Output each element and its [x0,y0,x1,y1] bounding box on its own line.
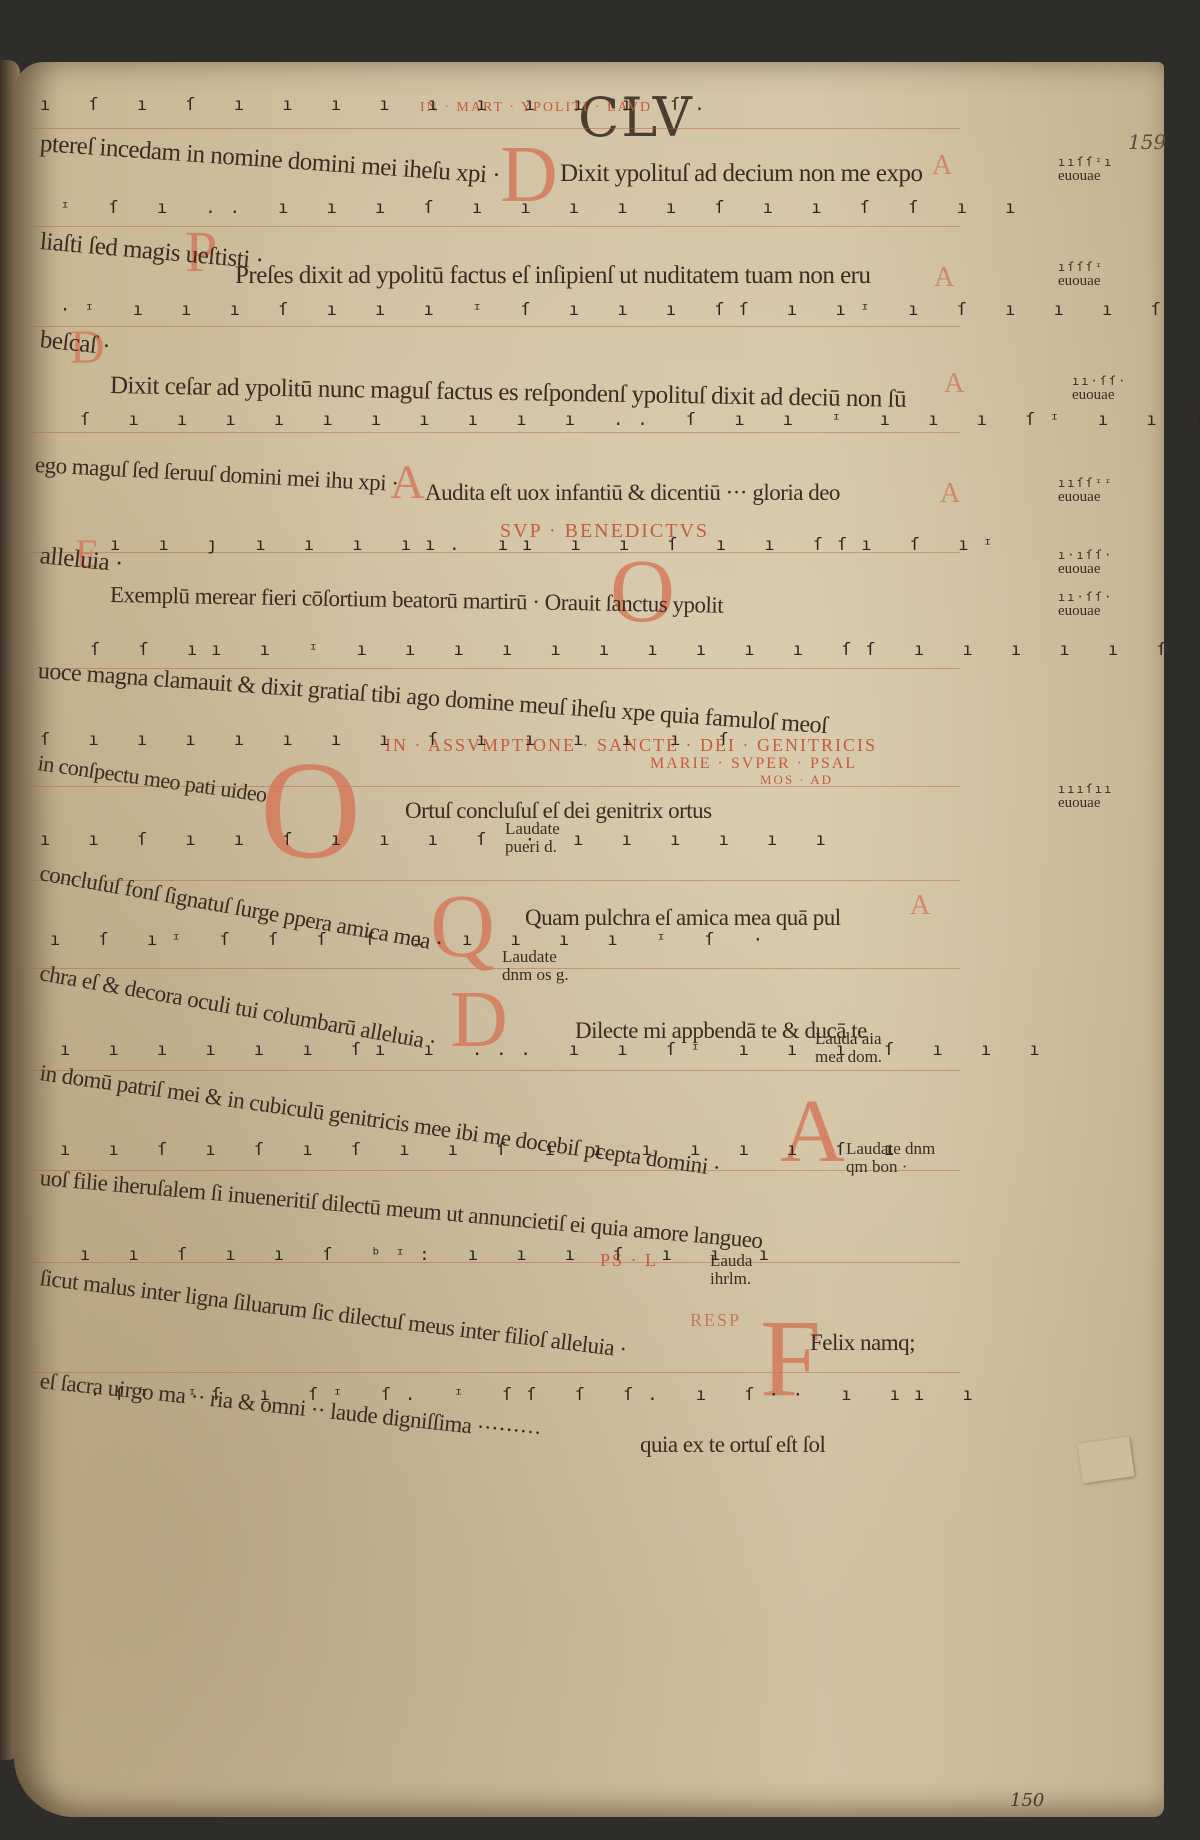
margin-euouae: ıſſſᶦ euouae [1058,260,1104,288]
antiphon-marker: A [910,890,930,922]
folio-modern-number: 159 [1128,130,1166,154]
neume-row: ·ſᶦ ᶦſ ı ſᶦ ſ. ᶦ ſſ ſ ſ. ı ſ·· ı ıı ı [90,1385,987,1405]
psalm-incipit: Lauda aia mea dom. [815,1030,882,1066]
chant-text-line: quia ex te ortuſ eſt ſol [640,1432,825,1458]
initial-Q: Q [430,875,495,978]
neume-row: ᶦ ſ ı .. ı ı ı ſ ı ı ı ı ı ſ ı ı ſ ſ ı ı [60,198,1029,218]
margin-euouae: ıı·ſſ· euouae [1072,374,1127,402]
chant-text-line: Dixit ypolituſ ad decium non me expo [560,160,923,188]
ruling-line [30,326,960,327]
margin-euouae: ıııſıı euouae [1058,782,1113,810]
neume-row: ı ı ſ ı ı ſ ı ı ı ſ · ı ı ı ı ı ı [40,830,840,850]
neume-row: ſ ſ ıı ı ᶦ ı ı ı ı ı ı ı ı ı ı ſſ ı ı ı … [90,640,1181,660]
neume-row: ı ſ ıᶦ ſ ſ ſ ſ ı ı ı ı ı ᶦ ſ · [50,930,777,950]
neume-row: ſ ı ı ı ı ı ı ı ſ ı ı ı ı ı ſ [40,730,743,750]
margin-euouae: ııſſᶦı euouae [1058,155,1113,183]
psalm-incipit: Laudate dnm os g. [502,948,569,984]
antiphon-marker: A [940,478,960,510]
neume-row: ı ſ ı ſ ı ı ı ı ı ı ı ı ı ſ. [40,95,719,115]
psalm-incipit: Lauda ihrlm. [710,1252,752,1288]
chant-text-line: Preſes dixit ad ypolitū factus eſ inſipi… [235,262,871,290]
initial-O-large: O [260,730,361,891]
psalm-incipit: Laudate dnm qm bon · [846,1140,935,1176]
antiphon-marker: A [932,150,952,182]
antiphon-marker: A [944,368,964,400]
page-tab-fragment [1077,1437,1134,1484]
chant-text-line: Quam pulchra eſ amica mea quā pul [525,905,841,931]
margin-euouae: ı·ıſſ· euouae [1058,548,1113,576]
antiphon-marker: A [934,262,954,294]
rubric-assumption-3: MOS · AD [760,772,833,788]
ruling-line [30,128,960,129]
neume-row: ·ᶦ ı ı ı ſ ı ı ı ᶦ ſ ı ı ı ſſ ı ıᶦ ı ſ ı… [60,300,1175,320]
folio-bottom-number: 150 [1010,1790,1044,1811]
neume-row: ı ı ſ ı ı ſ ᵇᶦ: ı ı ı ſ ı ı ı [80,1245,783,1265]
ruling-line [30,432,960,433]
margin-euouae: ııſſᶦᶦ euouae [1058,476,1113,504]
initial-A-2: A [780,1080,845,1183]
ruling-line [30,1070,960,1071]
chant-text-line: Audita eſt uox infantiū & dicentiū ··· g… [425,480,840,506]
psalm-incipit: Laudate pueri d. [505,820,560,856]
ruling-line [30,880,960,881]
ruling-line [30,226,960,227]
rubric-resp: RESP [690,1310,741,1331]
neume-row: ı ı ſ ı ſ ı ſ ı ı ſ ı ı ı ı ı ı ſ ı [60,1140,908,1160]
neume-row: ſ ı ı ı ı ı ı ı ı ı ı .. ſ ı ı ᶦ ı ı ı ſ… [80,410,1200,430]
neume-row: ı ı ȷ ı ı ı ıı. ıı ı ı ſ ı ı ſſı ſ ıᶦ [110,535,1007,555]
ruling-line [30,968,960,969]
margin-euouae: ıı·ſſ· euouae [1058,590,1113,618]
neume-row: ı ı ı ı ı ı ſı ı ... ı ı ſᶦ ı ı ı ſ ı ı … [60,1040,1054,1060]
chant-text-line: Felix namq; [810,1330,915,1356]
rubric-assumption-2: MARIE · SVPER · PSAL [650,755,857,773]
